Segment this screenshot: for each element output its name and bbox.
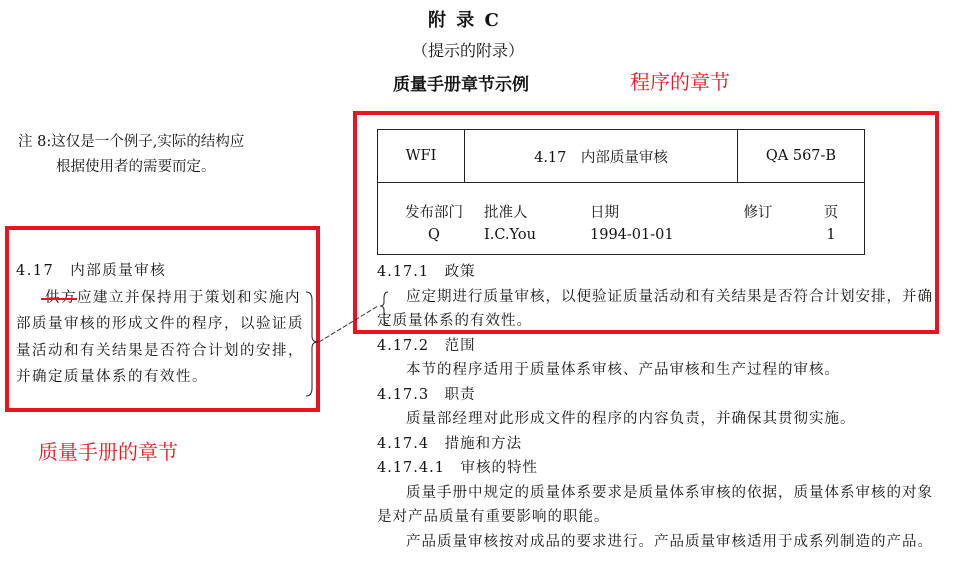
section-4-17-4-1-text-1: 质量手册中规定的质量体系要求是质量体系审核的依据，质量体系审核的对象是对产品质量… — [377, 481, 937, 530]
note-line-2: 根据使用者的需要而定。 — [18, 155, 244, 180]
manual-section-heading: 4.17 内部质量审核 — [16, 258, 314, 285]
note-line-1: 注 8:这仅是一个例子,实际的结构应 — [18, 130, 244, 155]
section-4-17-1-text: 应定期进行质量审核，以便验证质量活动和有关结果是否符合计划安排，并确定质量体系的… — [377, 285, 937, 334]
org-cell: WFI — [378, 130, 465, 183]
manual-section-label: 质量手册的章节 — [38, 436, 178, 465]
label-date: 日期 — [590, 201, 708, 222]
struck-text: 供方 — [45, 290, 77, 306]
procedure-section-label: 程序的章节 — [630, 66, 730, 95]
procedure-body: 4.17.1 政策 应定期进行质量审核，以便验证质量活动和有关结果是否符合计划安… — [377, 260, 937, 554]
section-4-17-4-heading: 4.17.4 措施和方法 — [377, 432, 937, 457]
value-approver: I.C.You — [484, 227, 590, 243]
info-labels-row: 发布部门 批准人 日期 修订 页 — [384, 199, 854, 223]
section-4-17-4-1-heading: 4.17.4.1 审核的特性 — [377, 456, 937, 481]
value-date: 1994-01-01 — [590, 227, 708, 243]
section-4-17-3-text: 质量部经理对此形成文件的程序的内容负责，并确保其贯彻实施。 — [377, 407, 937, 432]
manual-section: 4.17 内部质量审核 供方应建立并保持用于策划和实施内部质量审核的形成文件的程… — [16, 258, 314, 391]
label-approver: 批准人 — [484, 201, 590, 222]
example-title: 质量手册章节示例 — [393, 70, 529, 95]
appendix-subtitle: （提示的附录） — [412, 38, 524, 61]
doc-number-cell: QA 567-B — [738, 130, 865, 183]
value-page: 1 — [808, 227, 854, 243]
procedure-title-cell: 4.17 内部质量审核 — [465, 130, 738, 183]
label-department: 发布部门 — [384, 201, 484, 222]
label-revision: 修订 — [708, 201, 808, 222]
section-4-17-2-heading: 4.17.2 范围 — [377, 334, 937, 359]
section-4-17-2-text: 本节的程序适用于质量体系审核、产品审核和生产过程的审核。 — [377, 358, 937, 383]
procedure-info: 发布部门 批准人 日期 修订 页 Q I.C.You 1994-01-01 1 — [384, 199, 854, 247]
procedure-header-table: WFI 4.17 内部质量审核 QA 567-B — [377, 129, 865, 183]
manual-section-body: 供方应建立并保持用于策划和实施内部质量审核的形成文件的程序，以验证质量活动和有关… — [16, 285, 314, 391]
value-department: Q — [384, 227, 484, 243]
section-4-17-1-heading: 4.17.1 政策 — [377, 260, 937, 285]
appendix-title: 附 录 C — [428, 6, 501, 32]
info-values-row: Q I.C.You 1994-01-01 1 — [384, 223, 854, 247]
note: 注 8:这仅是一个例子,实际的结构应 根据使用者的需要而定。 — [18, 130, 244, 180]
section-4-17-4-1-text-2: 产品质量审核按对成品的要求进行。产品质量审核适用于成系列制造的产品。 — [377, 530, 937, 555]
label-page: 页 — [808, 201, 854, 222]
section-4-17-3-heading: 4.17.3 职责 — [377, 383, 937, 408]
